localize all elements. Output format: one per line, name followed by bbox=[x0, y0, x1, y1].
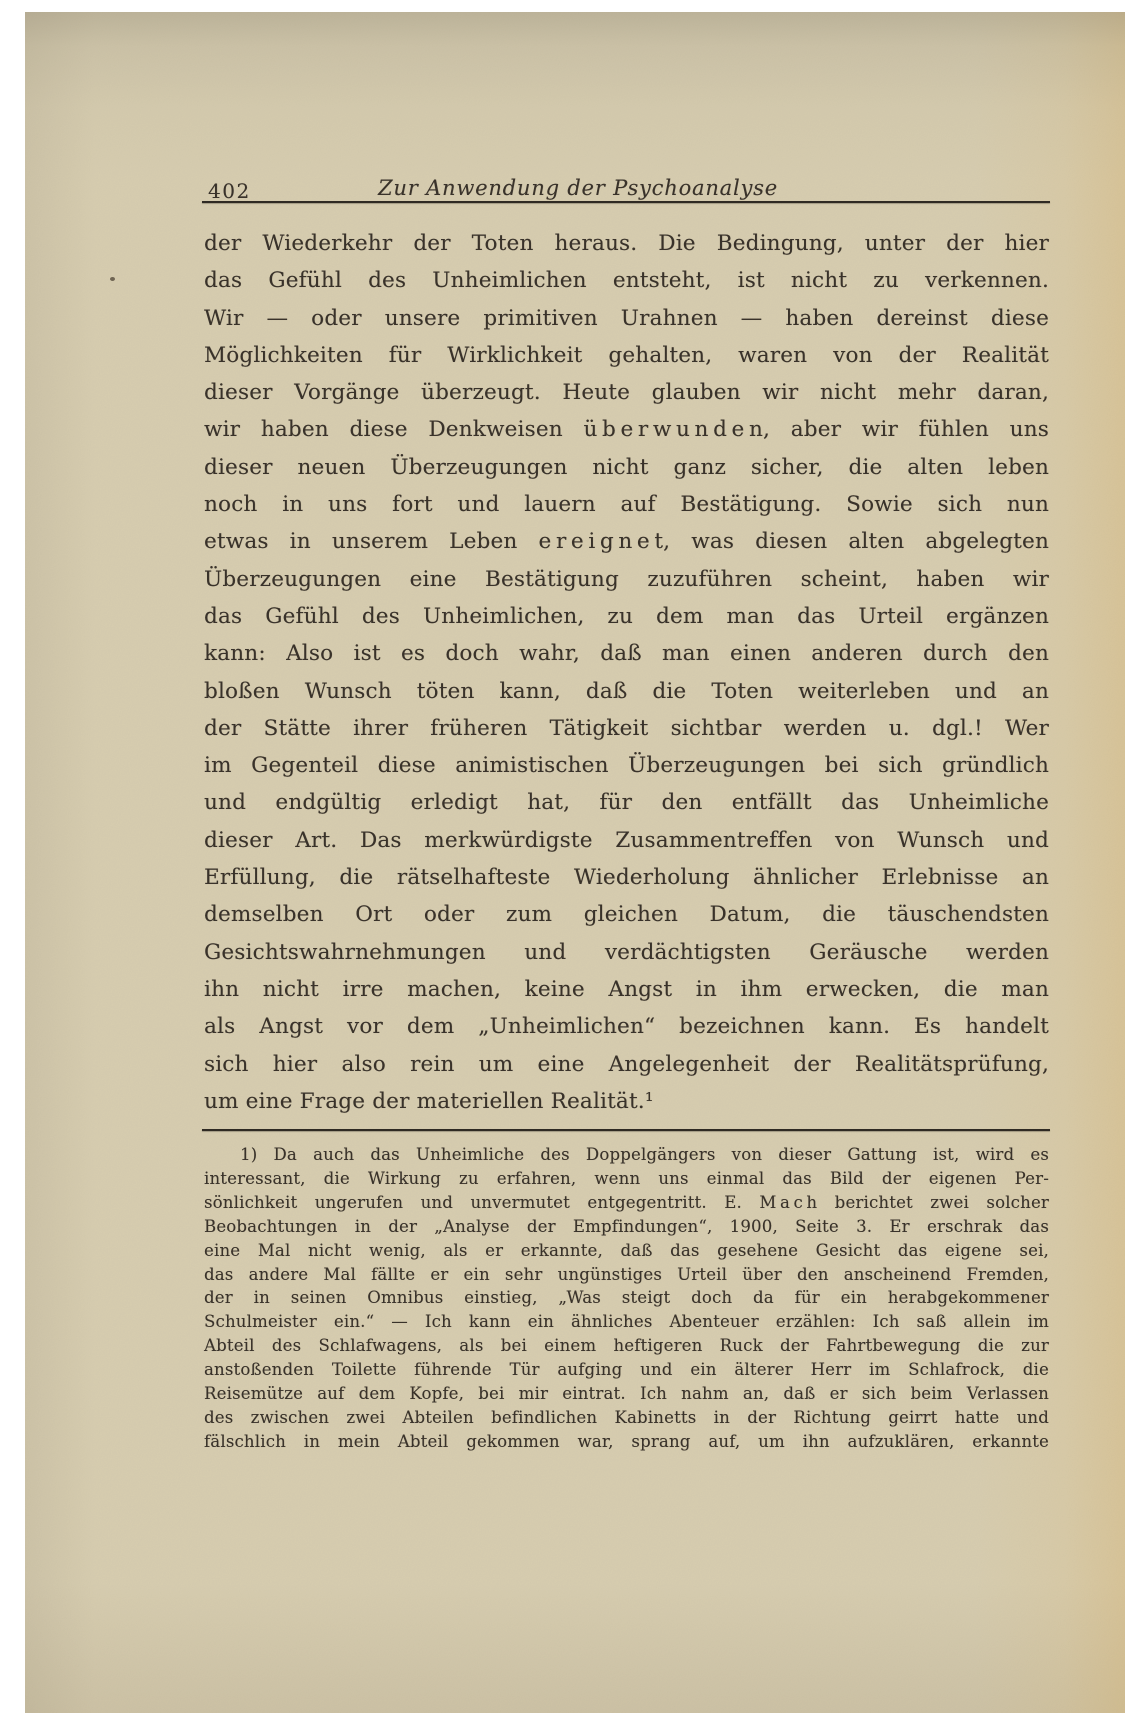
body-text-line: dieser Art. Das merkwürdigste Zusammentr… bbox=[204, 822, 1049, 859]
body-text-line: der Wiederkehr der Toten heraus. Die Bed… bbox=[204, 225, 1049, 262]
body-text-line: wir haben diese Denkweisen ü b e r w u n… bbox=[204, 411, 1049, 448]
body-text-line: dieser Vorgänge überzeugt. Heute glauben… bbox=[204, 374, 1049, 411]
body-text-line: bloßen Wunsch töten kann, daß die Toten … bbox=[204, 673, 1049, 710]
footnote-text-line: eine Mal nicht wenig, als er erkannte, d… bbox=[204, 1239, 1049, 1263]
footnote-text-line: 1) Da auch das Unheimliche des Doppelgän… bbox=[204, 1143, 1049, 1167]
page-number: 402 bbox=[208, 179, 251, 203]
footnote-text-line: des zwischen zwei Abteilen befindlichen … bbox=[204, 1406, 1049, 1430]
body-text-line: noch in uns fort und lauern auf Bestätig… bbox=[204, 486, 1049, 523]
body-text-line: und endgültig erledigt hat, für den entf… bbox=[204, 784, 1049, 821]
header-rule bbox=[202, 201, 1050, 203]
footnote-text-line: sönlichkeit ungerufen und unvermutet ent… bbox=[204, 1191, 1049, 1215]
body-text-line: Erfüllung, die rätselhafteste Wiederholu… bbox=[204, 859, 1049, 896]
footnote-text-line: der in seinen Omnibus einstieg, „Was ste… bbox=[204, 1286, 1049, 1310]
scanned-book-page: 402 Zur Anwendung der Psychoanalyse der … bbox=[0, 0, 1147, 1725]
body-text-line: das Gefühl des Unheimlichen, zu dem man … bbox=[204, 598, 1049, 635]
footnote-text-line: anstoßenden Toilette führende Tür aufgin… bbox=[204, 1358, 1049, 1382]
footnote-text-line: fälschlich in mein Abteil gekommen war, … bbox=[204, 1430, 1049, 1454]
body-text-line: um eine Frage der materiellen Realität.¹ bbox=[204, 1083, 1049, 1120]
body-text-line: etwas in unserem Leben e r e i g n e t, … bbox=[204, 523, 1049, 560]
body-text-line: Gesichtswahrnehmungen und verdächtigsten… bbox=[204, 934, 1049, 971]
body-text-line: der Stätte ihrer früheren Tätigkeit sich… bbox=[204, 710, 1049, 747]
body-text-line: ihn nicht irre machen, keine Angst in ih… bbox=[204, 971, 1049, 1008]
footnote-text-line: Beobachtungen in der „Analyse der Empfin… bbox=[204, 1215, 1049, 1239]
body-text-line: kann: Also ist es doch wahr, daß man ein… bbox=[204, 635, 1049, 672]
body-text-line: das Gefühl des Unheimlichen entsteht, is… bbox=[204, 262, 1049, 299]
body-text-line: Überzeugungen eine Bestätigung zuzuführe… bbox=[204, 561, 1049, 598]
ink-speck bbox=[110, 277, 115, 281]
body-text-line: demselben Ort oder zum gleichen Datum, d… bbox=[204, 896, 1049, 933]
footnote-text: 1) Da auch das Unheimliche des Doppelgän… bbox=[204, 1143, 1049, 1454]
body-text-line: Möglichkeiten für Wirklichkeit gehalten,… bbox=[204, 337, 1049, 374]
body-text: der Wiederkehr der Toten heraus. Die Bed… bbox=[204, 225, 1049, 1120]
footnote-text-line: Reisemütze auf dem Kopfe, bei mir eintra… bbox=[204, 1382, 1049, 1406]
footnote-text-line: Abteil des Schlafwagens, als bei einem h… bbox=[204, 1334, 1049, 1358]
body-text-line: als Angst vor dem „Unheimlichen“ bezeich… bbox=[204, 1008, 1049, 1045]
running-head-title: Zur Anwendung der Psychoanalyse bbox=[378, 176, 778, 200]
body-text-line: Wir — oder unsere primitiven Urahnen — h… bbox=[204, 300, 1049, 337]
footnote-text-line: interessant, die Wirkung zu erfahren, we… bbox=[204, 1167, 1049, 1191]
footnote-text-line: Schulmeister ein.“ — Ich kann ein ähnlic… bbox=[204, 1310, 1049, 1334]
body-text-line: sich hier also rein um eine Angelegenhei… bbox=[204, 1046, 1049, 1083]
body-text-line: im Gegenteil diese animistischen Überzeu… bbox=[204, 747, 1049, 784]
body-text-line: dieser neuen Überzeugungen nicht ganz si… bbox=[204, 449, 1049, 486]
footnote-separator-rule bbox=[202, 1129, 1050, 1131]
book-page-paper: 402 Zur Anwendung der Psychoanalyse der … bbox=[25, 12, 1125, 1713]
footnote-text-line: das andere Mal fällte er ein sehr ungüns… bbox=[204, 1263, 1049, 1287]
